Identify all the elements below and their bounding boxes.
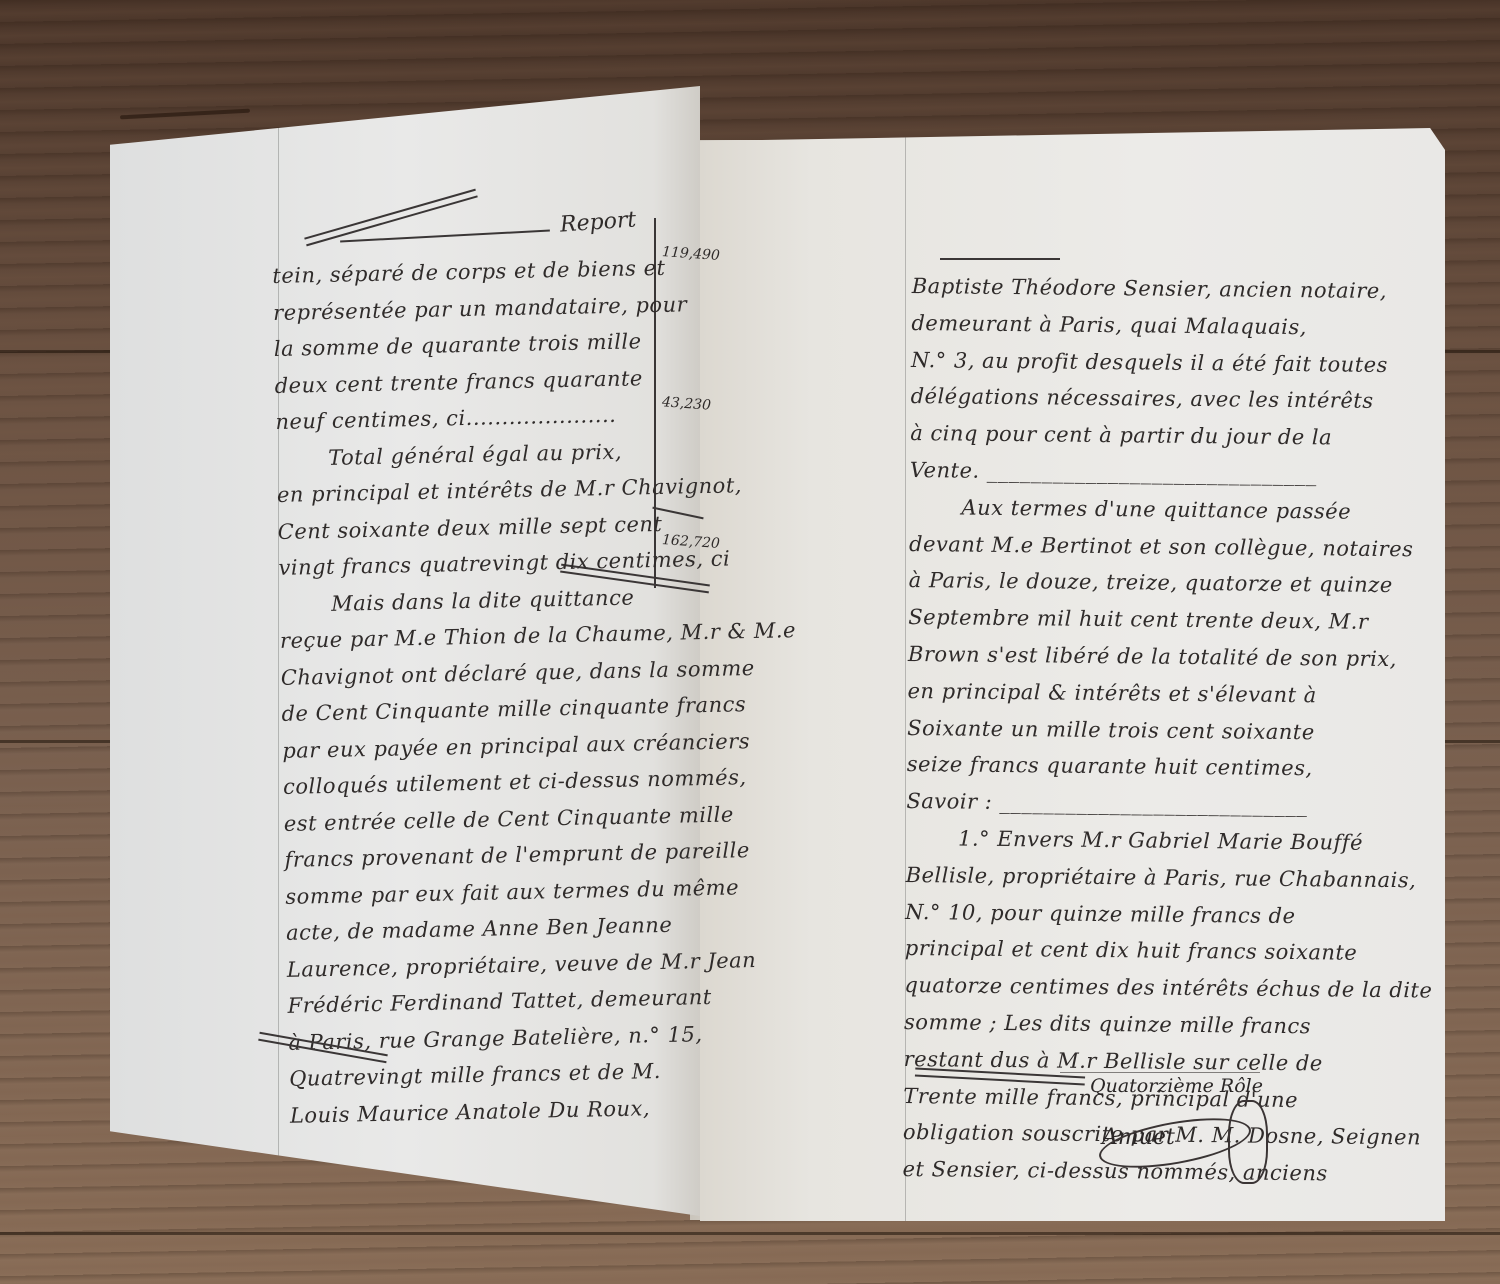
text-line: Brown s'est libéré de la totalité de son… xyxy=(908,636,1436,678)
text-line: à cinq pour cent à partir du jour de la xyxy=(910,415,1438,457)
left-page-text: tein, séparé de corps et de biens et rep… xyxy=(272,247,806,1134)
text-line: Septembre mil huit cent trente deux, M.r xyxy=(908,599,1436,641)
right-header-rule xyxy=(940,258,1060,260)
wood-crack xyxy=(120,109,250,120)
text-line: principal et cent dix huit francs soixan… xyxy=(905,930,1433,972)
roll-number: Quatorzième Rôle xyxy=(1090,1075,1263,1097)
right-footer-rule xyxy=(1060,1072,1260,1073)
text-line: 1.° Envers M.r Gabriel Marie Bouffé xyxy=(906,820,1434,862)
text-line: Savoir : ____________________________ xyxy=(906,783,1434,825)
text-line: N.° 10, pour quinze mille francs de xyxy=(905,894,1433,936)
text-line: Baptiste Théodore Sensier, ancien notair… xyxy=(912,268,1440,310)
text-line: Aux termes d'une quittance passée xyxy=(909,489,1437,531)
text-line: à Paris, le douze, treize, quatorze et q… xyxy=(909,562,1437,604)
report-label: Report xyxy=(559,207,637,237)
text-line: N.° 3, au profit desquels il a été fait … xyxy=(911,342,1439,384)
text-line: seize francs quarante huit centimes, xyxy=(907,746,1435,788)
text-line: Soixante un mille trois cent soixante xyxy=(907,710,1435,752)
text-line: Vente. ______________________________ xyxy=(910,452,1438,494)
wood-plank-seam xyxy=(0,1232,1500,1235)
right-page-text: Baptiste Théodore Sensier, ancien notair… xyxy=(902,268,1440,1193)
text-line: quatorze centimes des intérêts échus de … xyxy=(904,967,1432,1009)
signature-flourish-icon xyxy=(1228,1100,1268,1184)
text-line: délégations nécessaires, avec les intérê… xyxy=(910,378,1438,420)
text-line: en principal & intérêts et s'élevant à xyxy=(907,673,1435,715)
text-line: Bellisle, propriétaire à Paris, rue Chab… xyxy=(905,857,1433,899)
text-line: demeurant à Paris, quai Malaquais, xyxy=(911,305,1439,347)
text-line: somme ; Les dits quinze mille francs xyxy=(904,1004,1432,1046)
text-line: devant M.e Bertinot et son collègue, not… xyxy=(909,526,1437,568)
